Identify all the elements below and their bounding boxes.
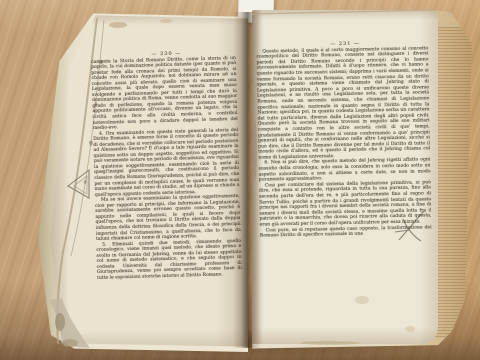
paragraph: Ma se noi invece esaminiamo la quistione… — [95, 194, 241, 242]
pencil-triangle-mark — [68, 170, 89, 198]
paragraph: camente la Storia del Romano Diritto, co… — [91, 56, 238, 132]
paragraph: Così per cominciare dal sistema della le… — [259, 180, 432, 228]
worn-corner — [50, 298, 90, 348]
photo-of-open-book: 4451 — [0, 0, 480, 360]
right-page-text: — 231 — Questo metodo, il quale è al cer… — [256, 40, 432, 239]
left-page-text: — 230 — camente la Storia del Romano Dir… — [91, 50, 242, 281]
paragraph: 4. Ora esaminando con queste viste gener… — [93, 128, 240, 199]
paragraph: Questo metodo, il quale è al certo maggi… — [256, 46, 430, 161]
page-top-edge — [252, 10, 436, 14]
paragraph: 6. Non si può dire, che questo metodo de… — [258, 158, 430, 184]
paragraph: 5. Eliminati quindi due metodi, rimanend… — [96, 239, 242, 282]
